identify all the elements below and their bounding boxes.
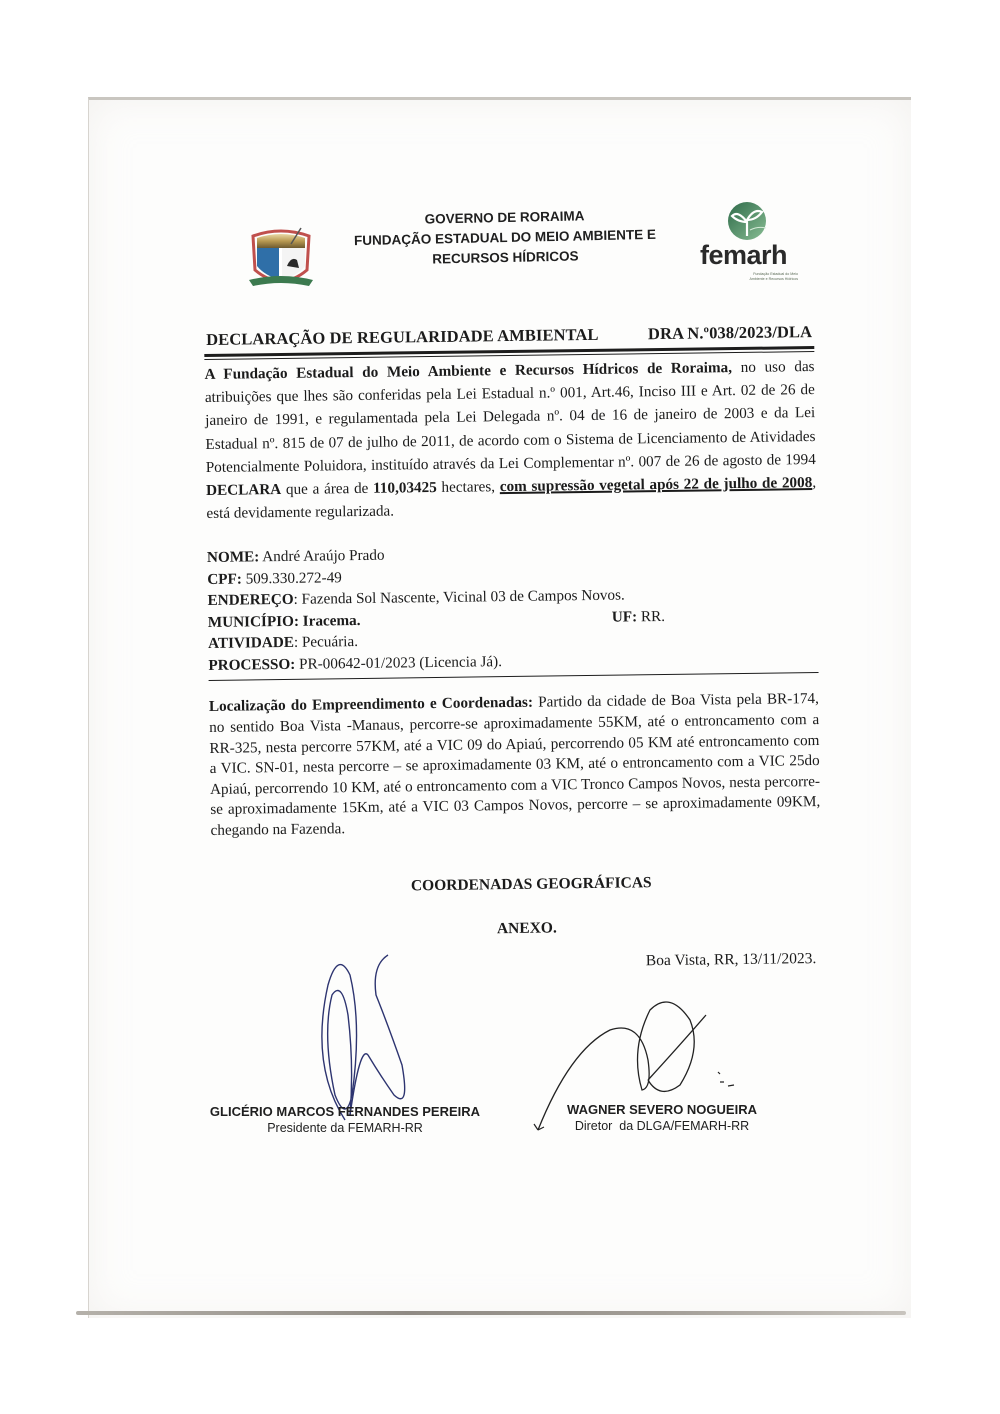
- signature-block-director: WAGNER SEVERO NOGUEIRA Diretor da DLGA/F…: [556, 1101, 768, 1134]
- field-label: MUNICÍPIO: Iracema.: [208, 612, 361, 631]
- field-label: CPF:: [207, 570, 242, 587]
- femarh-subtitle: Fundação Estadual do Meio Ambiente e Rec…: [738, 272, 798, 281]
- signature-block-president: GLICÉRIO MARCOS FERNANDES PEREIRA Presid…: [200, 1103, 490, 1136]
- signatory-role: Diretor da DLGA/FEMARH-RR: [556, 1118, 768, 1134]
- coordinates-heading: COORDENADAS GEOGRÁFICAS: [211, 872, 821, 898]
- applicant-fields: NOME: André Araújo Prado CPF: 509.330.27…: [207, 539, 819, 676]
- signatory-role: Presidente da FEMARH-RR: [200, 1120, 490, 1136]
- field-value: 509.330.272-49: [242, 569, 342, 587]
- area-value: 110,03425: [373, 479, 437, 497]
- declaration-text: que a área de: [281, 480, 373, 498]
- field-uf: UF: RR.: [612, 606, 665, 628]
- femarh-wordmark: femarh: [700, 240, 787, 271]
- document-title: DECLARAÇÃO DE REGULARIDADE AMBIENTAL: [206, 325, 599, 350]
- org-name: A Fundação Estadual do Meio Ambiente e R…: [204, 359, 732, 383]
- field-value: : Pecuária.: [294, 633, 358, 651]
- field-label: UF:: [612, 608, 638, 625]
- field-value: PR-00642-01/2023 (Licencia Já).: [295, 653, 502, 673]
- field-label: ATIVIDADE: [208, 634, 294, 652]
- field-value: : Fazenda Sol Nascente, Vicinal 03 de Ca…: [294, 587, 625, 608]
- document-number: DRA N.º038/2023/DLA: [648, 322, 812, 344]
- declara-keyword: DECLARA: [206, 481, 281, 499]
- field-value: RR.: [637, 608, 665, 625]
- field-label: NOME:: [207, 549, 260, 567]
- institution-header: GOVERNO DE RORAIMA FUNDAÇÃO ESTADUAL DO …: [339, 205, 670, 272]
- annex-label: ANEXO.: [212, 916, 822, 942]
- location-label: Localização do Empreendimento e Coordena…: [209, 694, 533, 715]
- document-body: DECLARAÇÃO DE REGULARIDADE AMBIENTAL DRA…: [204, 322, 822, 976]
- signatory-name: WAGNER SEVERO NOGUEIRA: [556, 1101, 768, 1118]
- location-paragraph: Localização do Empreendimento e Coordena…: [209, 689, 821, 841]
- field-value: André Araújo Prado: [259, 547, 384, 566]
- field-label: ENDEREÇO: [207, 591, 293, 609]
- roraima-coat-of-arms-icon: [245, 222, 317, 296]
- signatory-name: GLICÉRIO MARCOS FERNANDES PEREIRA: [200, 1103, 490, 1120]
- declaration-text: hectares,: [437, 478, 500, 496]
- vegetation-suppression-note: com supressão vegetal após 22 de julho d…: [500, 474, 813, 495]
- field-label: PROCESSO:: [208, 656, 295, 674]
- declaration-paragraph: A Fundação Estadual do Meio Ambiente e R…: [204, 355, 816, 525]
- paper-bottom-edge: [76, 1311, 906, 1315]
